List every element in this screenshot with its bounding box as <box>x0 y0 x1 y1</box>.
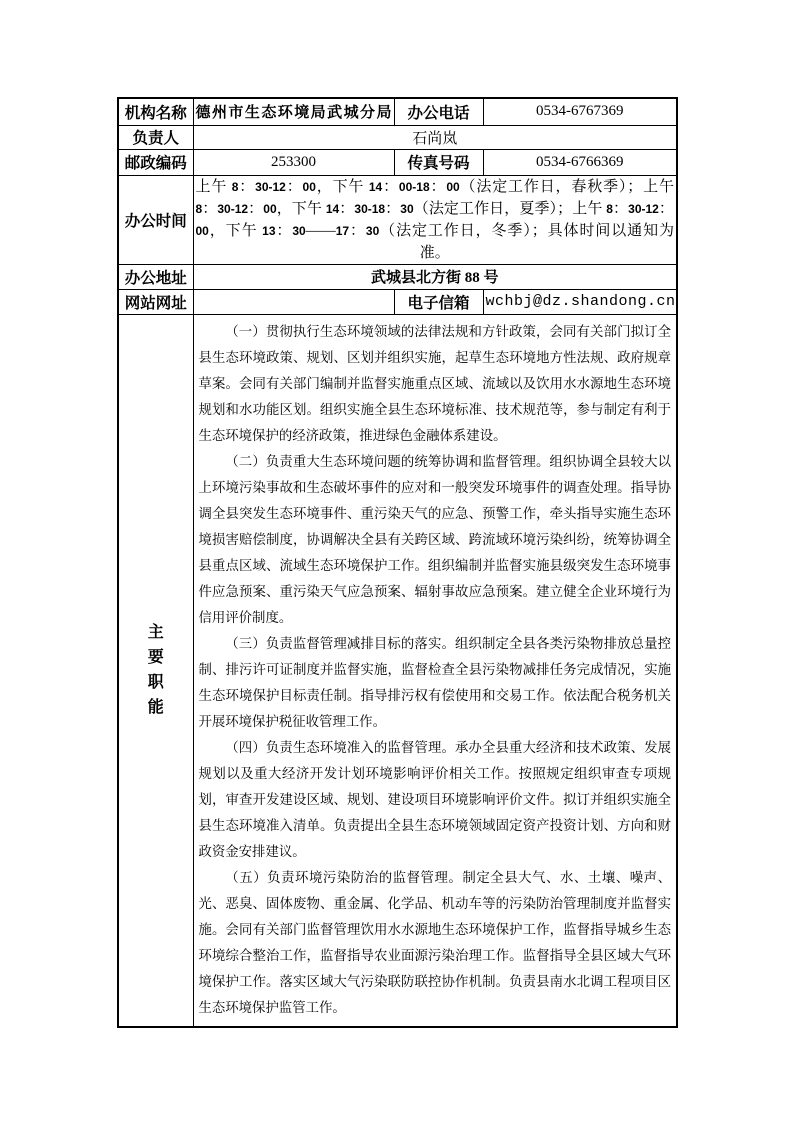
table-row: 主要职能 （一）贯彻执行生态环境领域的法律法规和方针政策，会同有关部门拟订全县生… <box>118 314 677 1027</box>
website-label: 网站网址 <box>118 289 193 314</box>
org-name-label: 机构名称 <box>118 98 193 125</box>
website-value <box>193 289 394 314</box>
functions-paragraph: （五）负责环境污染防治的监督管理。制定全县大气、水、土壤、噪声、光、恶臭、固体废… <box>199 865 672 1021</box>
office-address-label: 办公地址 <box>118 264 193 289</box>
functions-paragraph: （二）负责重大生态环境问题的统筹协调和监督管理。组织协调全县较大以上环境污染事故… <box>199 449 672 631</box>
office-phone-label: 办公电话 <box>394 98 483 125</box>
table-row: 机构名称 德州市生态环境局武城分局 办公电话 0534-6767369 <box>118 98 677 125</box>
head-person-label: 负责人 <box>118 125 193 149</box>
agency-info-table: 机构名称 德州市生态环境局武城分局 办公电话 0534-6767369 负责人 … <box>117 97 678 1028</box>
table-row: 负责人 石尚岚 <box>118 125 677 149</box>
fax-label: 传真号码 <box>394 149 483 175</box>
table-row: 办公时间 上午 8：30-12：00，下午 14：00-18：00（法定工作日，… <box>118 175 677 264</box>
office-address-value: 武城县北方街 88 号 <box>193 264 677 289</box>
office-hours-label: 办公时间 <box>118 175 193 264</box>
office-phone-value: 0534-6767369 <box>483 98 677 125</box>
office-hours-value: 上午 8：30-12：00，下午 14：00-18：00（法定工作日，春秋季）；… <box>193 175 677 264</box>
org-name-value: 德州市生态环境局武城分局 <box>193 98 394 125</box>
table-row: 网站网址 电子信箱 wchbj@dz.shandong.cn <box>118 289 677 314</box>
functions-paragraph: （三）负责监督管理减排目标的落实。组织制定全县各类污染物排放总量控制、排污许可证… <box>199 631 672 735</box>
table-row: 办公地址 武城县北方街 88 号 <box>118 264 677 289</box>
functions-paragraph: （六）指导协调和监督生态保护修复工作。组织编制全县生态保护规划，开展 <box>199 1021 672 1026</box>
head-person-value: 石尚岚 <box>193 125 677 149</box>
main-functions-paragraphs: （一）贯彻执行生态环境领域的法律法规和方针政策，会同有关部门拟订全县生态环境政策… <box>196 315 675 1026</box>
functions-paragraph: （四）负责生态环境准入的监督管理。承办全县重大经济和技术政策、发展规划以及重大经… <box>199 735 672 865</box>
postal-code-label: 邮政编码 <box>118 149 193 175</box>
email-label: 电子信箱 <box>394 289 483 314</box>
main-functions-label-text: 主要职能 <box>121 625 191 716</box>
main-functions-label: 主要职能 <box>118 314 193 1027</box>
main-functions-cell: （一）贯彻执行生态环境领域的法律法规和方针政策，会同有关部门拟订全县生态环境政策… <box>193 314 677 1027</box>
document-page: 机构名称 德州市生态环境局武城分局 办公电话 0534-6767369 负责人 … <box>0 0 793 1122</box>
table-row: 邮政编码 253300 传真号码 0534-6766369 <box>118 149 677 175</box>
fax-value: 0534-6766369 <box>483 149 677 175</box>
email-value: wchbj@dz.shandong.cn <box>483 289 677 314</box>
postal-code-value: 253300 <box>193 149 394 175</box>
functions-paragraph: （一）贯彻执行生态环境领域的法律法规和方针政策，会同有关部门拟订全县生态环境政策… <box>199 319 672 449</box>
